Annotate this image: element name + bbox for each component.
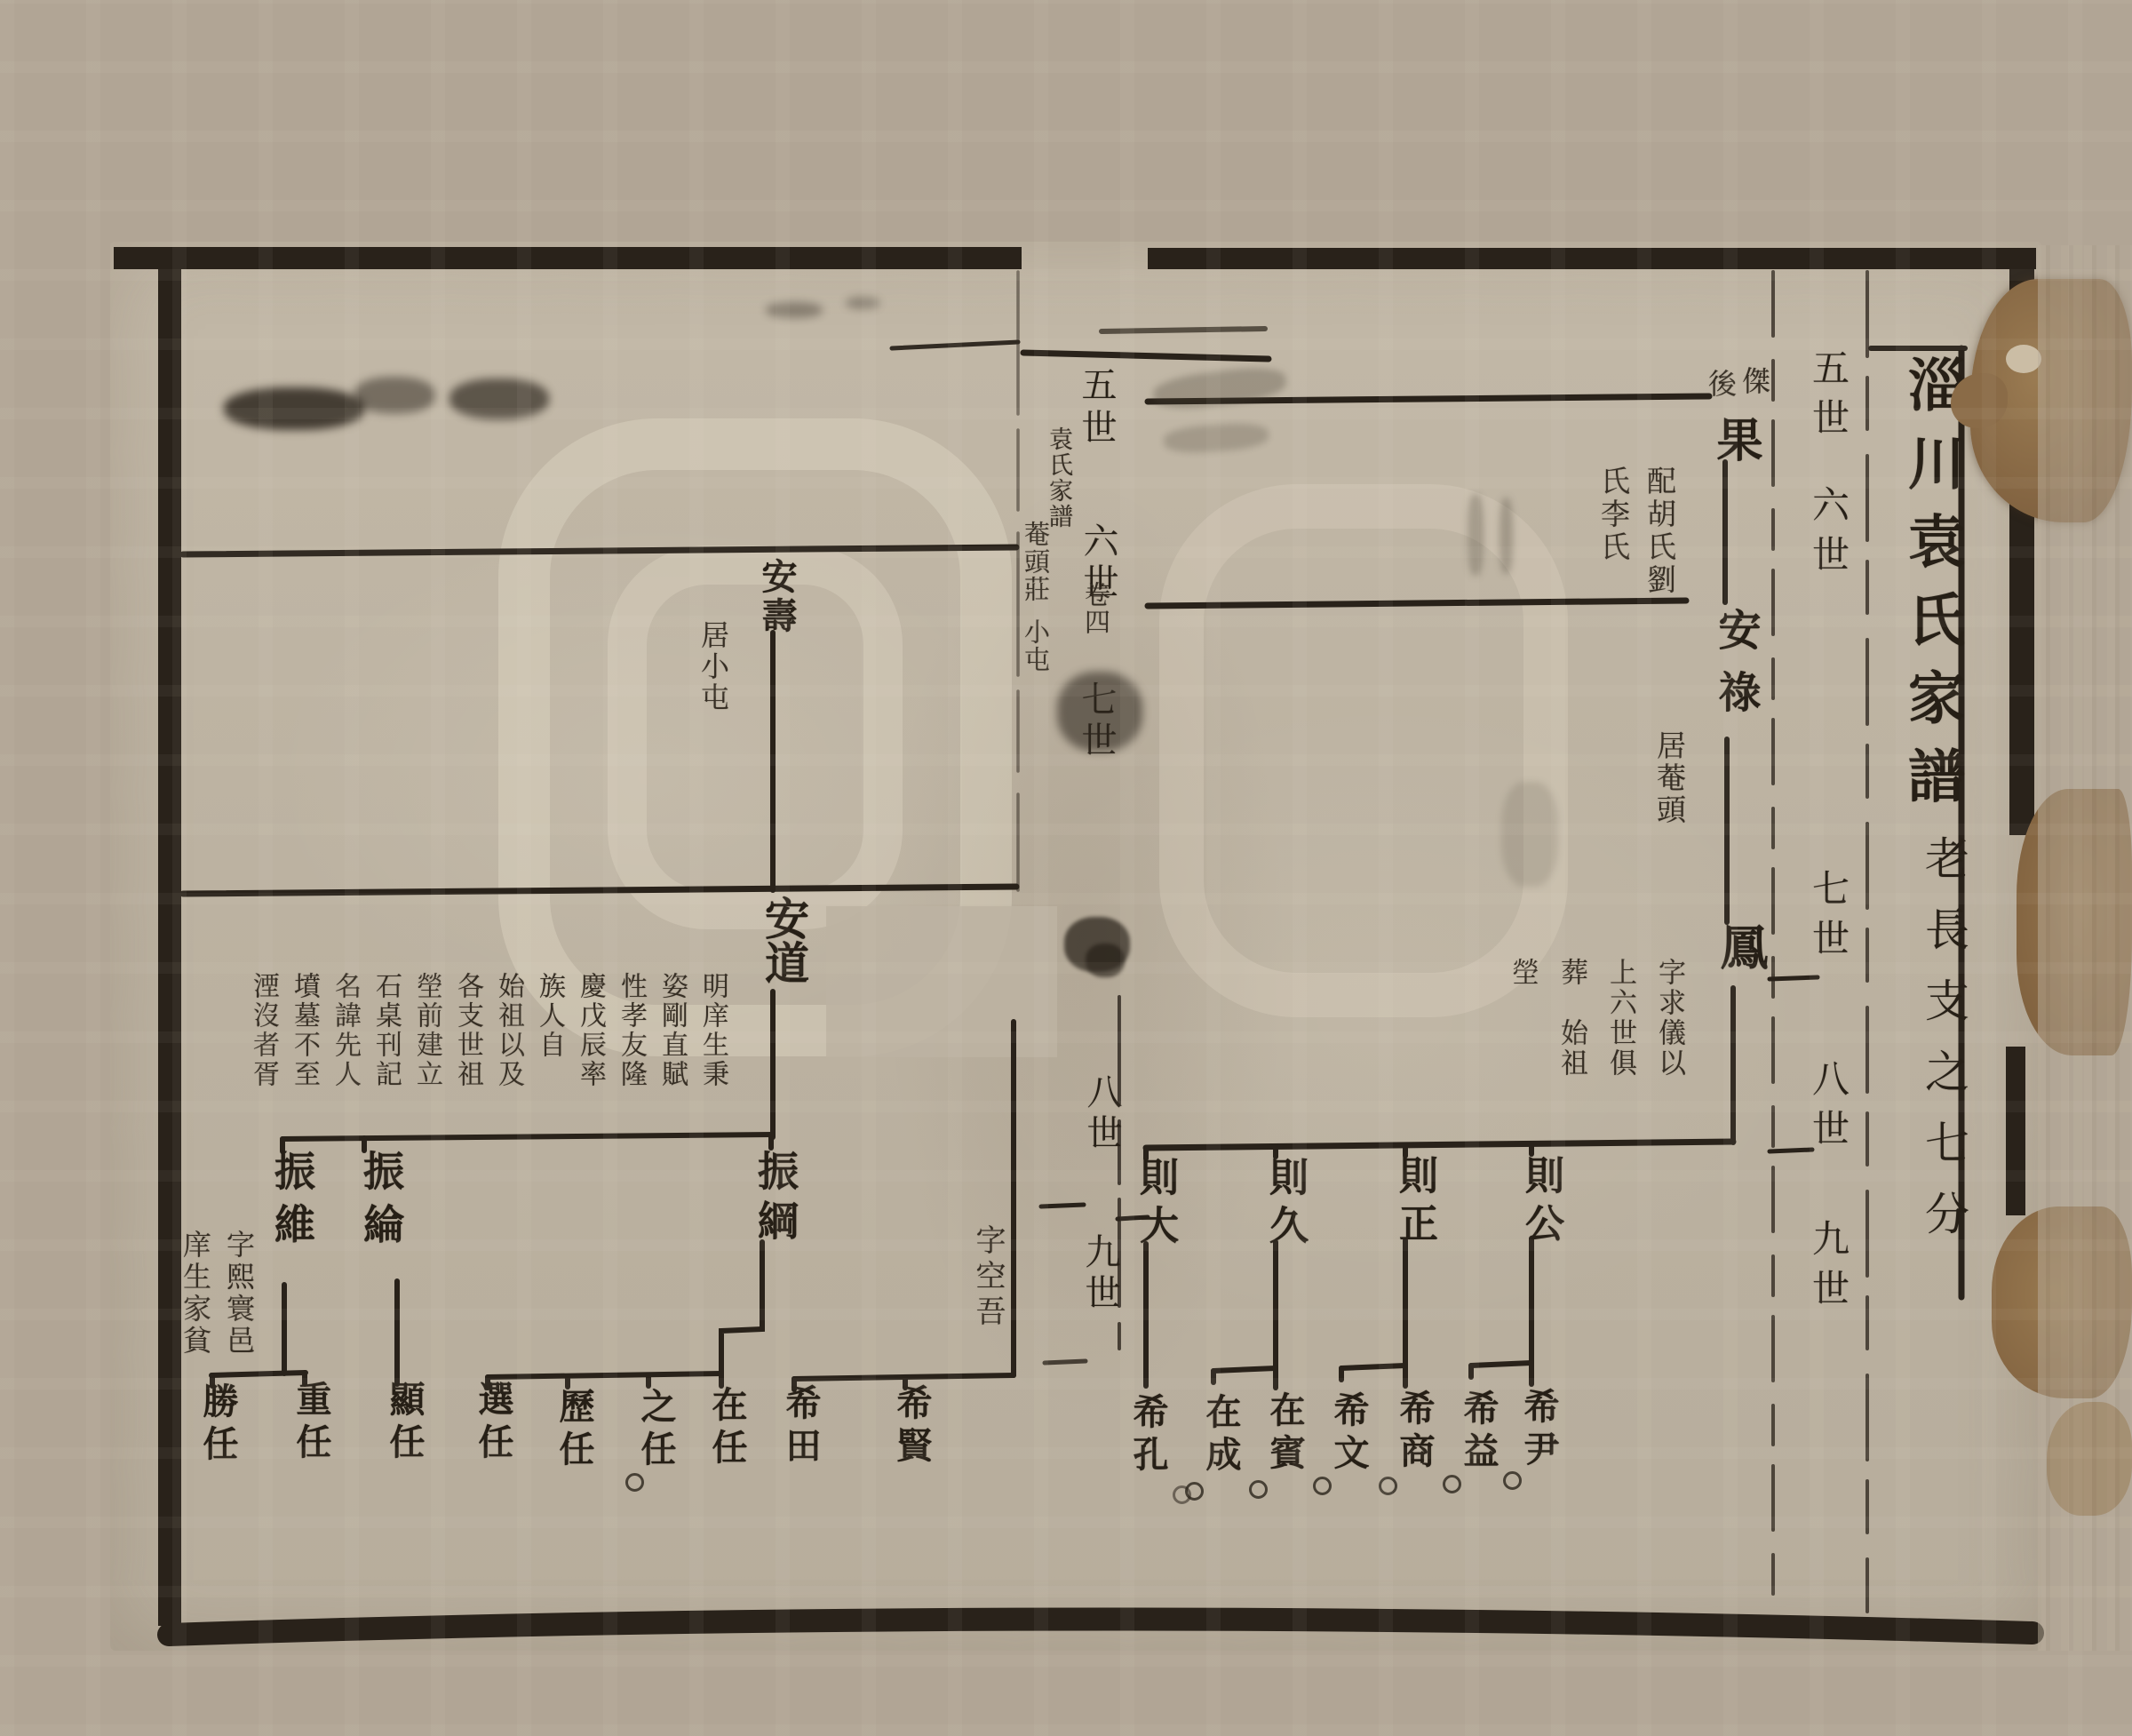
person-name-xishang: 希商 <box>1389 1390 1440 1475</box>
person-name-xixian: 希賢 <box>887 1384 937 1469</box>
printed-lines-layer <box>0 0 2132 1736</box>
annotation-column: 慶戊辰率 <box>569 972 609 1089</box>
person-name-zhenwei: 振維 <box>263 1150 322 1256</box>
person-name-zhenlun: 振綸 <box>352 1150 410 1256</box>
andao-annotation: 明庠生秉 姿剛直賦 性孝友隆 慶戊辰率 族人自 始祖以及 各支世祖 塋前建立 石… <box>242 972 732 1089</box>
zhenwei-annotation: 字熙寰邑 庠生家貧 <box>172 1230 259 1358</box>
annotation-column: 姿剛直賦 <box>650 972 691 1089</box>
bleedthrough-mark <box>1501 782 1558 887</box>
line-end-mark <box>625 1473 644 1492</box>
person-name-feng: 鳳 <box>1707 922 1776 970</box>
person-name-zeda: 則大 <box>1126 1157 1183 1253</box>
feng-annotation: 字求儀以 上六世俱 葬 始祖 塋 <box>1494 958 1690 1079</box>
line-end-mark <box>1173 1485 1191 1504</box>
tear-patch <box>1951 373 2008 428</box>
person-name-guo: 果 <box>1702 416 1769 462</box>
annotation-column: 明庠生秉 <box>691 972 732 1089</box>
annotation-column: 配胡氏劉 <box>1635 466 1681 597</box>
annotation-column: 庠生家貧 <box>172 1230 216 1358</box>
annotation-column: 族人自 <box>528 972 569 1089</box>
person-name-shengren: 勝任 <box>193 1382 243 1468</box>
courtesy-note-kongwu: 字空吾 <box>967 1224 1010 1331</box>
person-name-zaicheng: 在成 <box>1196 1393 1246 1478</box>
person-name-zhengang: 振綱 <box>746 1150 805 1249</box>
illegible-name-smudge <box>224 387 364 430</box>
person-name-xuanren: 選任 <box>468 1381 519 1466</box>
person-name-zairen: 在任 <box>702 1386 752 1471</box>
annotation-column: 字求儀以 <box>1641 958 1690 1079</box>
annotation-column: 石桌刊記 <box>364 972 405 1089</box>
spouse-annotation: 配胡氏劉 氏李氏 <box>1588 466 1681 597</box>
person-name-anshou: 安壽 <box>752 558 802 636</box>
bleedthrough-mark <box>1468 494 1484 576</box>
person-name-anlu: 安祿 <box>1706 608 1767 732</box>
book-subtitle: 老長支之七分 <box>1912 835 1976 1262</box>
ink-blotch <box>766 302 823 318</box>
illegible-name-smudge <box>449 378 549 419</box>
ink-blotch <box>846 297 879 309</box>
spine-volume: 卷四 <box>1078 581 1115 636</box>
person-name-xitian: 希田 <box>776 1384 826 1469</box>
annotation-column: 各支世祖 <box>446 972 487 1089</box>
annotation-column: 字熙寰邑 <box>216 1230 259 1358</box>
annotation-column: 塋 <box>1494 958 1543 1079</box>
line-end-mark <box>1443 1475 1461 1493</box>
marker-gen5: 五世 <box>1802 348 1855 448</box>
person-name-xiyi: 希益 <box>1453 1390 1504 1475</box>
person-name-xiyin: 希尹 <box>1514 1388 1564 1473</box>
annotation-column: 氏李氏 <box>1588 466 1635 597</box>
marker-gen6: 六世 <box>1802 485 1855 585</box>
line-end-mark <box>1313 1477 1332 1495</box>
annotation-column: 墳墓不至 <box>282 972 323 1089</box>
illegible-name-smudge <box>354 377 435 414</box>
person-name-xianren: 顯任 <box>379 1381 430 1466</box>
annotation-column: 塋前建立 <box>405 972 446 1089</box>
person-name-zegong: 則公 <box>1512 1155 1569 1251</box>
spine-village: 菴頭莊 <box>1018 521 1054 603</box>
annotation-column: 上六世俱 <box>1592 958 1641 1079</box>
bleedthrough-mark <box>1500 498 1513 574</box>
person-name-zezheng: 則正 <box>1386 1155 1443 1251</box>
heir-note-hou: 後 <box>1700 369 1741 397</box>
annotation-column: 性孝友隆 <box>609 972 650 1089</box>
book-fore-edge <box>2038 245 2132 1651</box>
annotation-column: 名諱先人 <box>323 972 364 1089</box>
person-name-zhongren: 重任 <box>286 1381 337 1466</box>
spine-gen7-smudge <box>1057 672 1142 752</box>
person-name-xiwen: 希文 <box>1324 1391 1374 1477</box>
spine-hamlet: 小屯 <box>1018 618 1054 673</box>
spine-marker-gen9: 九世 <box>1075 1233 1126 1315</box>
marker-gen8: 八世 <box>1802 1059 1855 1159</box>
spine-marker-gen8: 八世 <box>1077 1073 1127 1155</box>
annotation-column: 湮沒者胥 <box>242 972 282 1089</box>
spine-ink-blotch <box>1086 944 1125 977</box>
person-name-zhiren: 之任 <box>631 1388 681 1473</box>
tear-pale-spot <box>2006 345 2041 373</box>
person-name-liren: 歷任 <box>549 1388 600 1473</box>
person-name-xikong: 希孔 <box>1123 1393 1173 1478</box>
residence-note-xiaotun: 居小屯 <box>693 620 734 713</box>
marker-gen7: 七世 <box>1802 869 1855 968</box>
annotation-column: 始祖以及 <box>487 972 528 1089</box>
spine-marker-gen5: 五世 <box>1071 366 1122 451</box>
book-title: 淄川袁氏家譜 <box>1890 355 1972 824</box>
scanned-genealogy-page: 淄川袁氏家譜 老長支之七分 五世 六世 七世 八世 九世 傑 後 果 配胡氏劉 … <box>0 0 2132 1736</box>
marker-gen9: 九世 <box>1802 1219 1855 1318</box>
spine-book-title: 袁氏家譜 <box>1041 426 1076 530</box>
residence-note-antou: 居菴頭 <box>1649 730 1690 826</box>
person-name-andao: 安道 <box>752 896 815 984</box>
annotation-column: 葬 始祖 <box>1543 958 1592 1079</box>
person-name-zaibin: 在賓 <box>1260 1391 1310 1477</box>
line-end-mark <box>1249 1480 1268 1499</box>
person-name-zejiu: 則久 <box>1256 1157 1313 1253</box>
line-end-mark <box>1503 1471 1522 1490</box>
line-end-mark <box>1379 1477 1397 1495</box>
